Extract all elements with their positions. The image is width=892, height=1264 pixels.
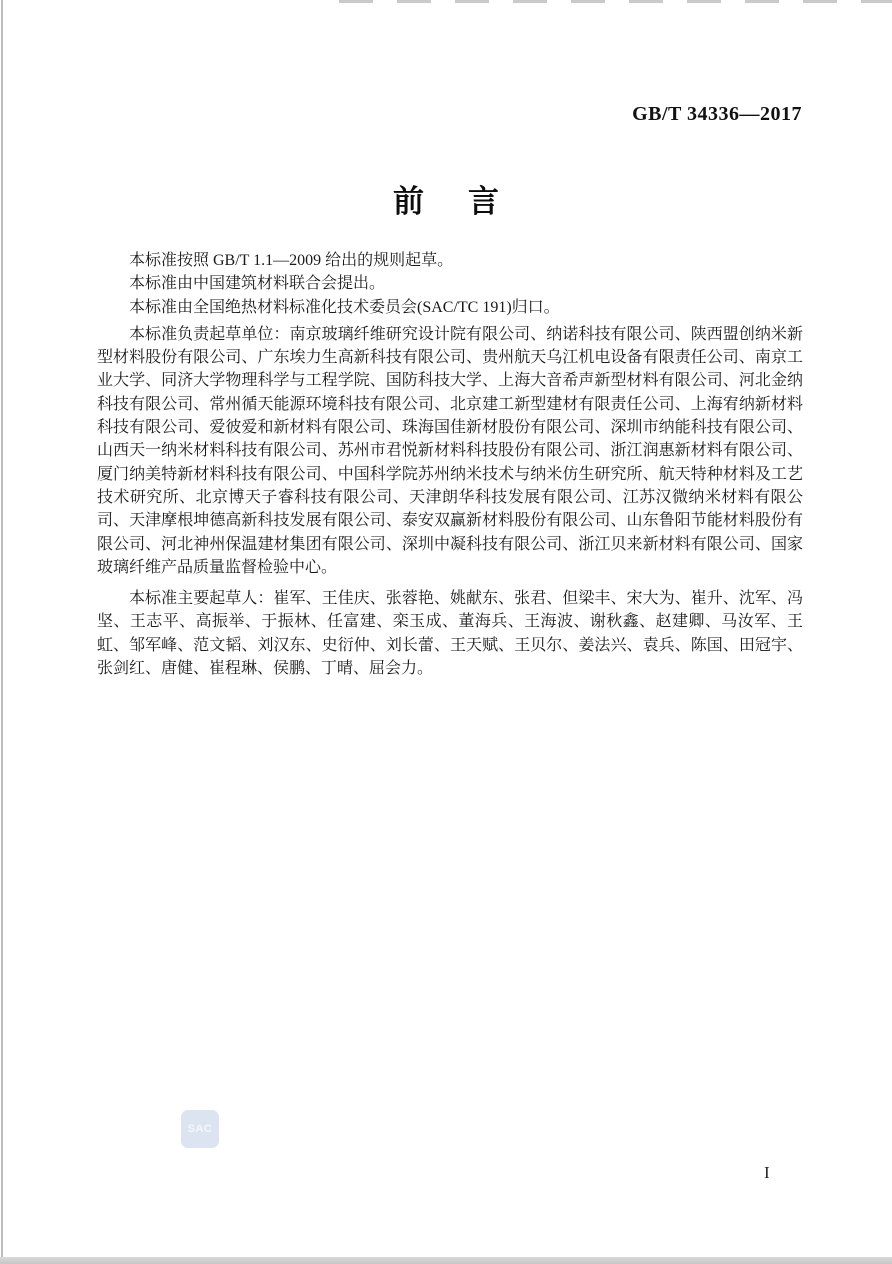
paragraph-drafting-organizations: 本标准负责起草单位：南京玻璃纤维研究设计院有限公司、纳诺科技有限公司、陕西盟创纳… <box>97 323 803 579</box>
scanned-standard-page: { "doc": { "standard_code": "GB/T 34336—… <box>0 0 892 1264</box>
foreword-title-char-left: 前 <box>393 176 424 221</box>
scan-artifact-bottom-edge <box>0 1257 892 1264</box>
paragraph-proposed-by: 本标准由中国建筑材料联合会提出。 <box>97 272 803 295</box>
foreword-title: 前 言 <box>0 176 892 221</box>
sac-watermark: SAC <box>181 1110 219 1148</box>
standard-code: GB/T 34336—2017 <box>632 103 802 126</box>
sac-watermark-label: SAC <box>188 1123 213 1135</box>
paragraph-under-jurisdiction: 本标准由全国绝热材料标准化技术委员会(SAC/TC 191)归口。 <box>97 296 803 319</box>
foreword-body: 本标准按照 GB/T 1.1—2009 给出的规则起草。 本标准由中国建筑材料联… <box>97 249 803 680</box>
paragraph-drafting-rules: 本标准按照 GB/T 1.1—2009 给出的规则起草。 <box>97 249 803 272</box>
scan-artifact-top-edge <box>339 0 892 3</box>
foreword-title-char-right: 言 <box>468 176 499 221</box>
page-number: I <box>764 1163 770 1183</box>
paragraph-main-drafters: 本标准主要起草人：崔军、王佳庆、张蓉艳、姚献东、张君、但梁丰、宋大为、崔升、沈军… <box>97 587 803 680</box>
